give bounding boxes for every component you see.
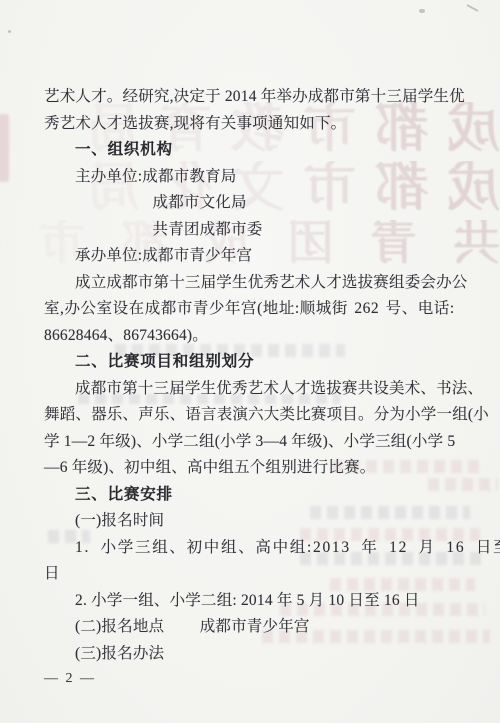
section-heading: 二、比赛项目和组别划分 <box>44 349 474 376</box>
document-body: 艺术人才。经研究,决定于 2014 年举办成都市第十三届学生优秀艺术人才选拔赛,… <box>44 84 474 667</box>
text-line: 86628464、86743664)。 <box>44 323 474 350</box>
text-line: 成都市第十三届学生优秀艺术人才选拔赛共设美术、书法、 <box>44 376 474 403</box>
bleedthrough-edge-mark <box>0 114 9 182</box>
text-line: (一)报名时间 <box>44 508 474 535</box>
scan-speck <box>466 4 478 12</box>
text-line: 共青团成都市委 <box>44 217 474 244</box>
text-line: 艺术人才。经研究,决定于 2014 年举办成都市第十三届学生优 <box>44 84 474 111</box>
scan-speck <box>419 9 425 13</box>
text-line: 1. 小学三组、初中组、高中组:2013 年 12 月 16 日至 22 <box>44 535 474 562</box>
text-line: —6 年级)、初中组、高中组五个组别进行比赛。 <box>44 455 474 482</box>
page-number: — 2 — <box>44 671 96 687</box>
paper-sheet: 成都市教育局成都市文化局共青团成都市委 艺术人才。经研究,决定于 2014 年举… <box>0 0 500 723</box>
text-line: 成都市文化局 <box>44 190 474 217</box>
text-line: 2. 小学一组、小学二组: 2014 年 5 月 10 日至 16 日 <box>44 588 474 615</box>
section-heading: 一、组织机构 <box>44 137 474 164</box>
text-line: 秀艺术人才选拔赛,现将有关事项通知如下。 <box>44 111 474 138</box>
text-line: 承办单位:成都市青少年宫 <box>44 243 474 270</box>
text-line: 主办单位:成都市教育局 <box>44 164 474 191</box>
text-line: 成立成都市第十三届学生优秀艺术人才选拔赛组委会办公 <box>44 270 474 297</box>
text-line: (三)报名办法 <box>44 641 474 668</box>
text-line: 室,办公室设在成都市青少年宫(地址:顺城街 262 号、电话: <box>44 296 474 323</box>
text-line: 舞蹈、器乐、声乐、语言表演六大类比赛项目。分为小学一组(小 <box>44 402 474 429</box>
text-line: 学 1—2 年级)、小学二组(小学 3—4 年级)、小学三组(小学 5 <box>44 429 474 456</box>
section-heading: 三、比赛安排 <box>44 482 474 509</box>
text-line: 日 <box>44 561 474 588</box>
text-line: (二)报名地点 成都市青少年宫 <box>44 614 474 641</box>
scan-speck <box>8 30 11 33</box>
scanned-document-page: { "page": { "number_label": "— 2 —" }, "… <box>0 0 500 723</box>
